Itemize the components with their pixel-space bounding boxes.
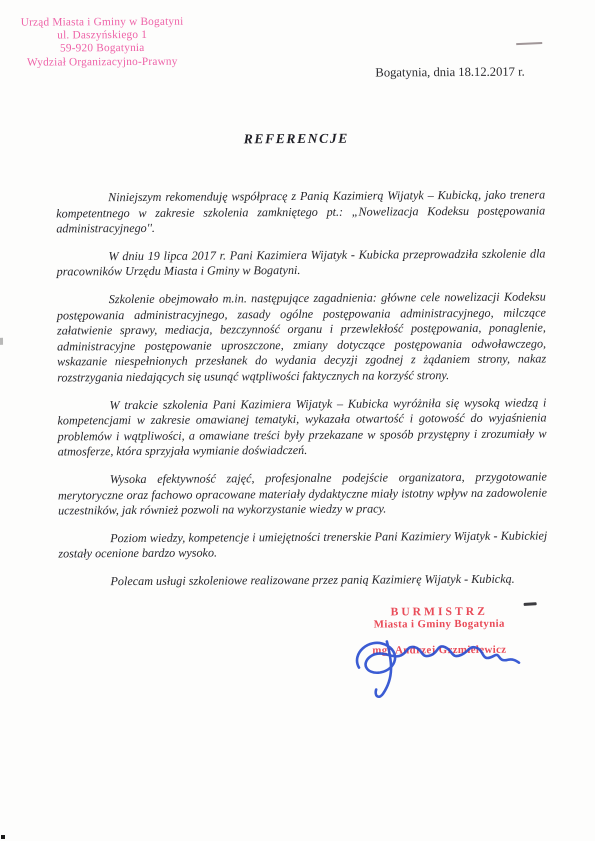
signer-role: BURMISTRZ: [347, 605, 532, 619]
body-paragraph-5: Wysoka efektywność zajęć, profesjonalne …: [58, 469, 547, 519]
letterhead-department: Wydział Organizacyjno-Prawny: [12, 55, 192, 69]
signer-org: Miasta i Gminy Bogatynia: [347, 618, 532, 632]
body-paragraph-6: Poziom wiedzy, kompetencje i umiejętnośc…: [58, 528, 547, 562]
signature-block: BURMISTRZ Miasta i Gminy Bogatynia mgr A…: [347, 605, 532, 657]
document-page: Urząd Miasta i Gminy w Bogatyni ul. Dasz…: [0, 0, 595, 841]
signer-name: mgr Andrzej Grzmielewicz: [347, 643, 532, 656]
body-paragraph-3: Szkolenie obejmowało m.in. następujące z…: [57, 289, 547, 386]
scan-speck-artifact: [0, 338, 3, 345]
scan-smudge-artifact: [516, 42, 542, 45]
letterhead-org-name: Urząd Miasta i Gminy w Bogatyni: [12, 16, 192, 30]
scan-corner-artifact: [1, 835, 5, 839]
scanned-content: Urząd Miasta i Gminy w Bogatyni ul. Dasz…: [0, 0, 595, 841]
body-paragraph-7: Polecam usługi szkoleniowe realizowane p…: [58, 571, 547, 590]
scan-dash-artifact: [524, 602, 537, 605]
body-paragraph-4: W trakcie szkolenia Pani Kazimiera Wijat…: [57, 395, 546, 460]
letterhead-postal-city: 59-920 Bogatynia: [12, 42, 192, 56]
date-line: Bogatynia, dnia 18.12.2017 r.: [375, 65, 524, 81]
letterhead: Urząd Miasta i Gminy w Bogatyni ul. Dasz…: [12, 16, 192, 70]
letter-body: Niniejszym rekomenduję współpracę z Pani…: [56, 187, 548, 601]
letterhead-street: ul. Daszyńskiego 1: [12, 29, 192, 43]
body-paragraph-2: W dniu 19 lipca 2017 r. Pani Kazimiera W…: [56, 246, 545, 280]
body-paragraph-1: Niniejszym rekomenduję współpracę z Pani…: [56, 187, 545, 237]
document-title: REFERENCJE: [0, 129, 594, 149]
